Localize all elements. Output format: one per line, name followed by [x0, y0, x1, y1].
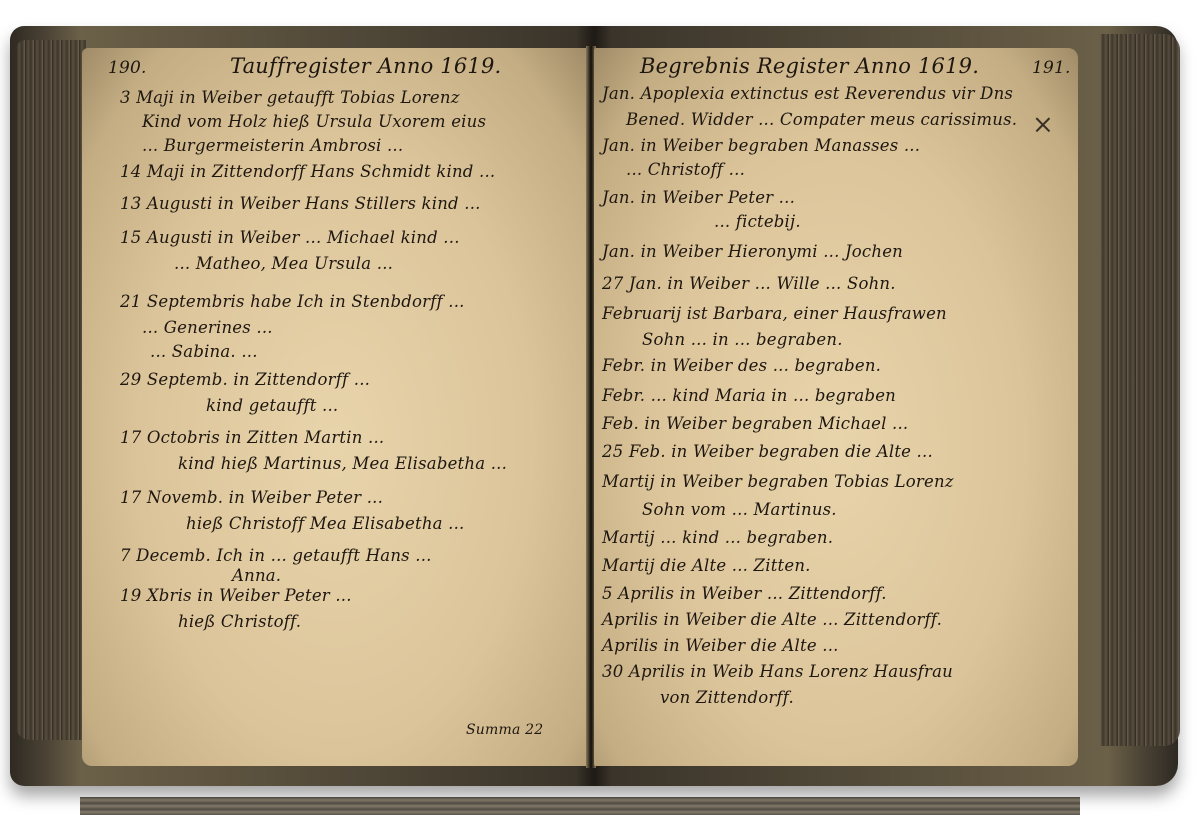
entry-line: ... Christoff ...	[626, 160, 745, 179]
entry-line: 7 Decemb. Ich in ... getaufft Hans ...	[120, 546, 432, 565]
entry-line: 25 Feb. in Weiber begraben die Alte ...	[602, 442, 933, 461]
page-heading: Begrebnis Register Anno 1619.	[640, 54, 979, 78]
entry-line: 3 Maji in Weiber getaufft Tobias Lorenz	[120, 88, 460, 107]
entry-line: hieß Christoff.	[178, 612, 301, 631]
entry-line: kind getaufft ...	[206, 396, 338, 415]
entry-line: kind hieß Martinus, Mea Elisabetha ...	[178, 454, 507, 473]
entry-line: 19 Xbris in Weiber Peter ...	[120, 586, 352, 605]
entry-line: Sohn vom ... Martinus.	[642, 500, 837, 519]
entry-line: Martij die Alte ... Zitten.	[602, 556, 811, 575]
entry-line: ... Matheo, Mea Ursula ...	[174, 254, 393, 273]
entry-line: ... Burgermeisterin Ambrosi ...	[142, 136, 403, 155]
entry-line: Februarij ist Barbara, einer Hausfrawen	[602, 304, 947, 323]
right-page-edges	[1100, 34, 1180, 746]
entry-line: 17 Novemb. in Weiber Peter ...	[120, 488, 383, 507]
entry-line: 5 Aprilis in Weiber ... Zittendorff.	[602, 584, 887, 603]
entry-line: ... fictebij.	[714, 212, 801, 231]
entry-line: Aprilis in Weiber die Alte ...	[602, 636, 839, 655]
entry-line: Febr. ... kind Maria in ... begraben	[602, 386, 896, 405]
entry-line: ... Sabina. ...	[150, 342, 258, 361]
entry-line: 13 Augusti in Weiber Hans Stillers kind …	[120, 194, 481, 213]
margin-cross-mark: ×	[1032, 110, 1054, 140]
entry-line: 15 Augusti in Weiber ... Michael kind ..…	[120, 228, 460, 247]
entry-line: 21 Septembris habe Ich in Stenbdorff ...	[120, 292, 465, 311]
entry-line: Martij in Weiber begraben Tobias Lorenz	[602, 472, 954, 491]
entry-line: Aprilis in Weiber die Alte ... Zittendor…	[602, 610, 942, 629]
entry-line: Febr. in Weiber des ... begraben.	[602, 356, 881, 375]
entry-line: Bened. Widder ... Compater meus carissim…	[626, 110, 1017, 129]
entry-line: 30 Aprilis in Weib Hans Lorenz Hausfrau	[602, 662, 953, 681]
entry-line: Jan. in Weiber Hieronymi ... Jochen	[602, 242, 903, 261]
page-number: 190.	[108, 58, 147, 78]
entry-line: Feb. in Weiber begraben Michael ...	[602, 414, 908, 433]
right-page: Begrebnis Register Anno 1619. 191. × Jan…	[594, 48, 1078, 766]
entry-line: 29 Septemb. in Zittendorff ...	[120, 370, 370, 389]
entry-line: hieß Christoff Mea Elisabetha ...	[186, 514, 465, 533]
entry-line: ... Generines ...	[142, 318, 273, 337]
entry-line: 14 Maji in Zittendorff Hans Schmidt kind…	[120, 162, 495, 181]
entry-line: Jan. Apoplexia extinctus est Reverendus …	[602, 84, 1013, 103]
entry-line: Sohn ... in ... begraben.	[642, 330, 843, 349]
left-page-edges	[16, 40, 86, 740]
entry-line: Jan. in Weiber Peter ...	[602, 188, 795, 207]
entry-line: Martij ... kind ... begraben.	[602, 528, 833, 547]
entry-line: von Zittendorff.	[660, 688, 794, 707]
entry-line: Jan. in Weiber begraben Manasses ...	[602, 136, 920, 155]
left-page: 190. Tauffregister Anno 1619. 3 Maji in …	[82, 48, 588, 766]
page-signature: Summa 22	[466, 722, 543, 738]
page-number: 191.	[1032, 58, 1071, 78]
bottom-page-edges	[80, 797, 1080, 815]
entry-line: 17 Octobris in Zitten Martin ...	[120, 428, 384, 447]
entry-line: Kind vom Holz hieß Ursula Uxorem eius	[142, 112, 486, 131]
page-heading: Tauffregister Anno 1619.	[230, 54, 501, 78]
entry-line: 27 Jan. in Weiber ... Wille ... Sohn.	[602, 274, 896, 293]
entry-line: Anna.	[232, 566, 281, 585]
